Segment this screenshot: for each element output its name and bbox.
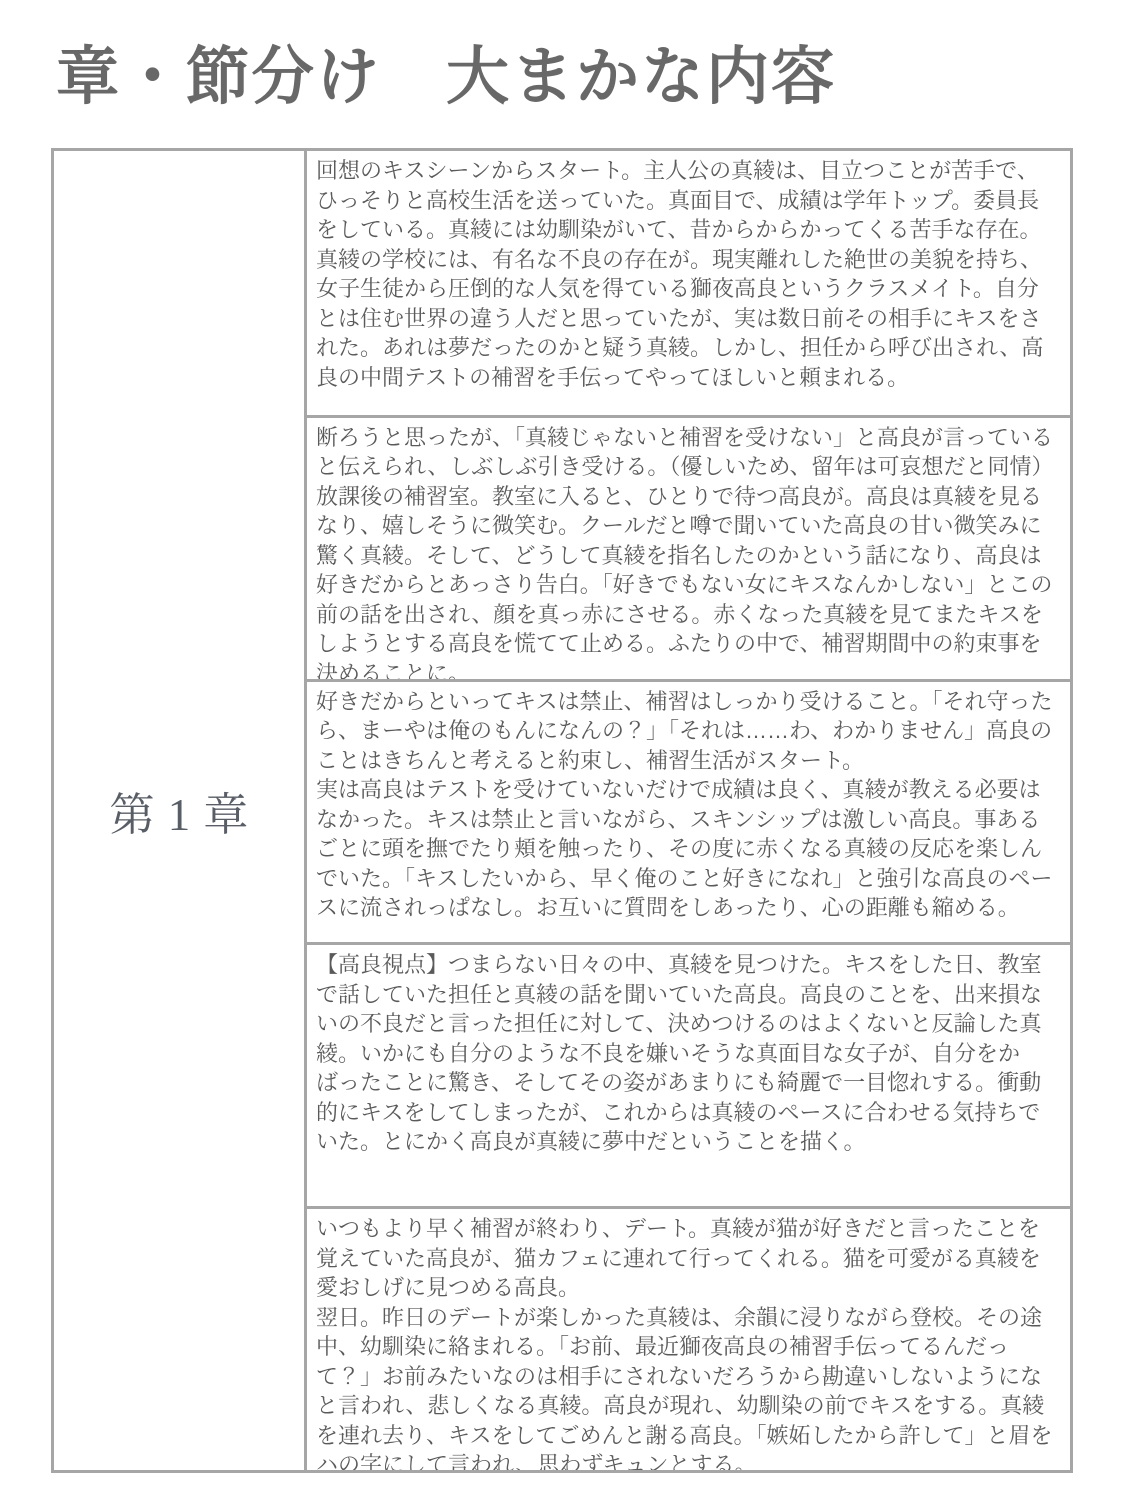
section-summary-2: 断ろうと思ったが、「真綾じゃないと補習を受けない」と高良が言っていると伝えられ、… bbox=[307, 415, 1070, 679]
document-page: 章・節分け 大まかな内容 第1章 回想のキスシーンからスタート。主人公の真綾は、… bbox=[0, 0, 1125, 1500]
section-summary-5: いつもより早く補習が終わり、デート。真綾が猫が好きだと言ったことを覚えていた高良… bbox=[307, 1206, 1070, 1470]
section-summary-3: 好きだからといってキスは禁止、補習はしっかり受けること。「それ守ったら、まーやは… bbox=[307, 679, 1070, 943]
page-title: 章・節分け 大まかな内容 bbox=[56, 38, 836, 117]
section-summary-1: 回想のキスシーンからスタート。主人公の真綾は、目立つことが苦手で、ひっそりと高校… bbox=[307, 151, 1070, 415]
chapter-label-cell: 第1章 bbox=[54, 151, 307, 1470]
section-summary-4: 【高良視点】つまらない日々の中、真綾を見つけた。キスをした日、教室で話していた担… bbox=[307, 942, 1070, 1206]
chapter-label: 第1章 bbox=[97, 778, 262, 843]
chapter-table: 第1章 回想のキスシーンからスタート。主人公の真綾は、目立つことが苦手で、ひっそ… bbox=[51, 148, 1073, 1473]
